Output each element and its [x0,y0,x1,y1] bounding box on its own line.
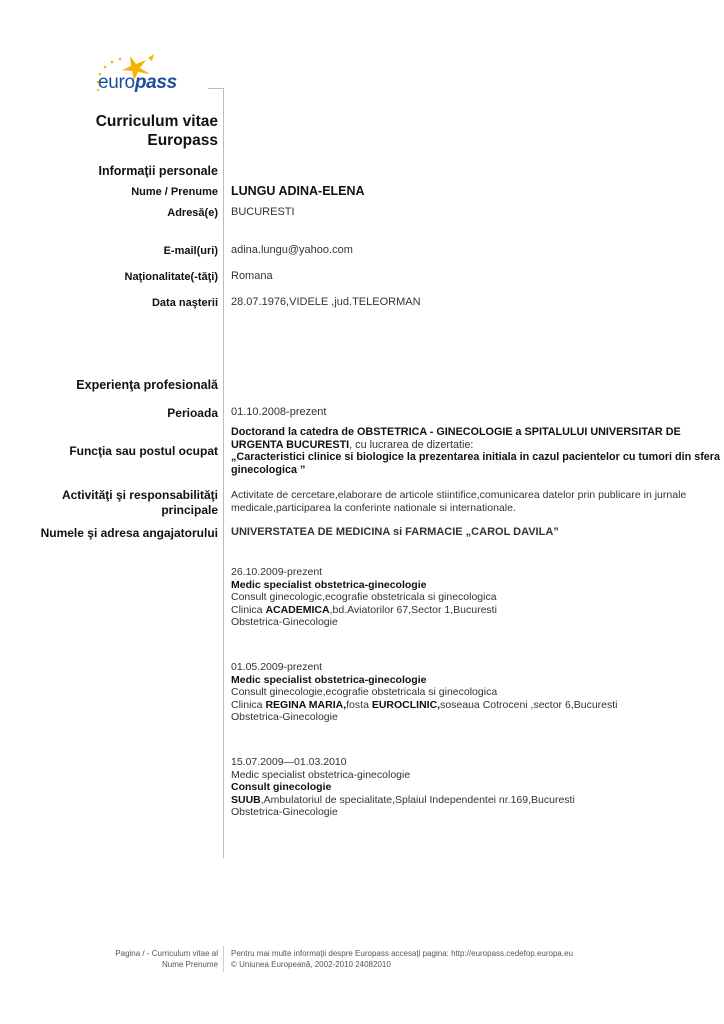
period-value: 01.10.2008-prezent [231,406,326,418]
column-divider [223,88,224,858]
job-field: Obstetrica-Ginecologie [231,616,497,629]
europass-logo: europass [90,52,180,102]
period-label: Perioada [167,406,218,420]
birth-value: 28.07.1976,VIDELE ,jud.TELEORMAN [231,296,421,308]
footer-left-line1: Pagina / - Curriculum vitae al [115,948,218,959]
job-place-rest: ,bd.Aviatorilor 67,Sector 1,Bucuresti [330,604,497,616]
email-value: adina.lungu@yahoo.com [231,244,353,256]
section-personal-info: Informaţii personale [99,164,218,178]
footer-right-line2: © Uniunea Europeană, 2002-2010 24082010 [231,959,573,970]
job-period: 26.10.2009-prezent [231,566,497,579]
job-place-bold: ACADEMICA [265,604,329,616]
function-line3: „Caracteristici clinice si biologice la … [231,451,720,464]
cv-title-line2: Europass [96,131,218,150]
job-period: 01.05.2009-prezent [231,661,618,674]
name-value: LUNGU ADINA-ELENA [231,184,365,198]
job-title: Medic specialist obstetrica-ginecologie [231,579,497,592]
job-description: Consult ginecologie,ecografie obstetrica… [231,686,618,699]
job-field: Obstetrica-Ginecologie [231,806,575,819]
job-entry-2: 01.05.2009-prezent Medic specialist obst… [231,661,618,724]
cv-title: Curriculum vitae Europass [96,112,218,150]
job-place: SUUB,Ambulatoriul de specialitate,Splaiu… [231,794,575,807]
footer-divider [223,946,224,972]
column-divider-tick [208,88,224,89]
job-place-rest: soseaua Cotroceni ,sector 6,Bucuresti [440,699,617,711]
employer-label: Numele şi adresa angajatorului [41,526,218,540]
name-label: Nume / Prenume [131,186,218,198]
job-place-pre: Clinica [231,699,265,711]
job-field: Obstetrica-Ginecologie [231,711,618,724]
employer-value: UNIVERSTATEA DE MEDICINA si FARMACIE „CA… [231,526,559,539]
function-label: Funcţia sau postul ocupat [69,444,218,458]
function-value: Doctorand la catedra de OBSTETRICA - GIN… [231,426,720,476]
function-line1: Doctorand la catedra de OBSTETRICA - GIN… [231,426,720,439]
birth-label: Data naşterii [152,297,218,309]
function-line2-rest: , cu lucrarea de dizertatie: [349,439,473,451]
activities-label-line1: Activităţi şi responsabilităţi [62,488,218,503]
activities-label-line2: principale [62,503,218,518]
section-experience: Experienţa profesională [76,378,218,392]
job-place-mid: fosta [346,699,372,711]
activities-label: Activităţi şi responsabilităţi principal… [62,488,218,518]
activities-line1: Activitate de cercetare,elaborare de art… [231,489,686,502]
function-line2-bold: URGENTA BUCURESTI [231,439,349,451]
email-label: E-mail(uri) [164,245,218,257]
address-value: BUCURESTI [231,206,295,218]
footer-page-info: Pagina / - Curriculum vitae al Nume Pren… [115,948,218,970]
job-place-bold: SUUB [231,794,261,806]
cv-title-line1: Curriculum vitae [96,112,218,131]
job-place: Clinica REGINA MARIA,fosta EUROCLINIC,so… [231,699,618,712]
job-place-bold: REGINA MARIA, [265,699,346,711]
function-line4: ginecologica ” [231,464,720,477]
job-place-bold2: EUROCLINIC, [372,699,440,711]
job-entry-1: 26.10.2009-prezent Medic specialist obst… [231,566,497,629]
job-title: Medic specialist obstetrica-ginecologie [231,769,575,782]
job-place-pre: Clinica [231,604,265,616]
activities-value: Activitate de cercetare,elaborare de art… [231,489,686,514]
footer-right-line1: Pentru mai multe informaţii despre Europ… [231,948,573,959]
nationality-label: Naţionalitate(-tăţi) [125,271,219,283]
job-entry-3: 15.07.2009—01.03.2010 Medic specialist o… [231,756,575,819]
job-period: 15.07.2009—01.03.2010 [231,756,575,769]
europass-wordmark: europass [98,72,177,94]
address-label: Adresă(e) [167,207,218,219]
job-place: Clinica ACADEMICA,bd.Aviatorilor 67,Sect… [231,604,497,617]
job-title: Medic specialist obstetrica-ginecologie [231,674,618,687]
nationality-value: Romana [231,270,273,282]
job-description: Consult ginecologic,ecografie obstetrica… [231,591,497,604]
job-description: Consult ginecologie [231,781,575,794]
activities-line2: medicale,participarea la conferinte nati… [231,502,686,515]
footer-left-line2: Nume Prenume [115,959,218,970]
job-place-rest: ,Ambulatoriul de specialitate,Splaiul In… [261,794,575,806]
footer-europass-info: Pentru mai multe informaţii despre Europ… [231,948,573,970]
